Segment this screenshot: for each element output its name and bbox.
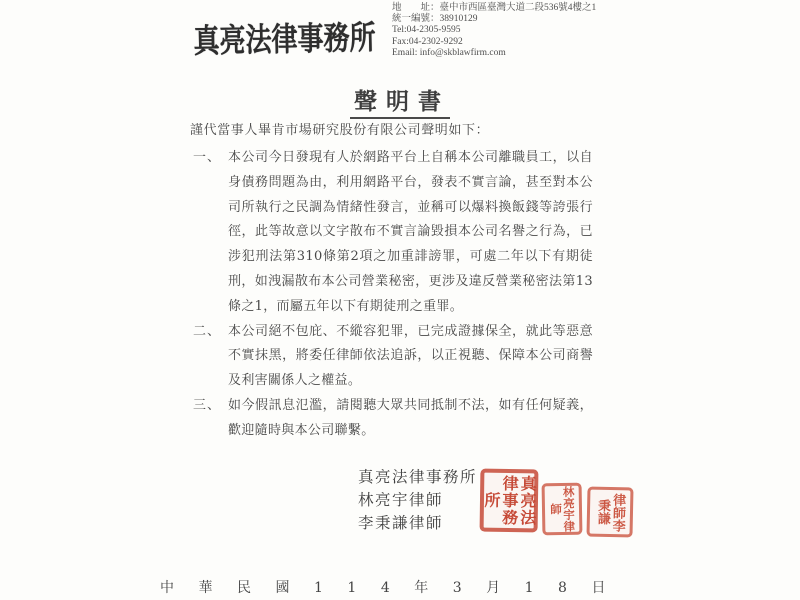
signature-firm-name: 真亮法律事務所 [358,466,477,489]
statement-items: 一、 本公司今日發現有人於網路平台上自稱本公司離職員工，以自身債務問題為由，利用… [193,146,593,444]
contact-tel: Tel:04-2305-9595 [392,25,596,36]
intro-line: 謹代當事人畢肯市場研究股份有限公司聲明如下： [190,119,489,138]
contact-email: Email: info@skblawfirm.com [392,48,596,59]
item-text: 如今假訊息氾濫，請閱聽大眾共同抵制不法，如有任何疑義，歡迎隨時與本公司聯繫。 [228,394,593,444]
item-number: 三、 [193,394,228,419]
item-number: 一、 [193,146,228,171]
item-text: 本公司今日發現有人於網路平台上自稱本公司離職員工，以自身債務問題為由，利用網路平… [228,146,593,320]
lawyer-lee-seal-text: 律師李秉謙 [595,490,626,535]
firm-seal-text: 真亮法律事務所 [482,473,537,529]
title-wrap: 聲明書 [0,83,800,119]
contact-uniform-number: 統一編號：38910129 [392,14,596,25]
signature-block: 真亮法律事務所 林亮宇律師 李秉謙律師 [358,466,477,535]
document-title: 聲明書 [350,83,450,119]
lawyer-lin-seal-stamp: 林亮宇律師 [542,483,583,536]
contact-block: 地 址：臺中市西區臺灣大道二段536號4樓之1 統一編號：38910129 Te… [392,3,596,59]
firm-logo: 真亮法律事務所 [193,12,376,62]
lawyer-lee-seal-stamp: 律師李秉謙 [586,487,633,538]
contact-address: 地 址：臺中市西區臺灣大道二段536號4樓之1 [392,3,596,14]
date-line: 中華民國114年3月18日 [160,577,630,597]
statement-item: 三、 如今假訊息氾濫，請閱聽大眾共同抵制不法，如有任何疑義，歡迎隨時與本公司聯繫… [193,394,593,444]
item-number: 二、 [193,320,228,345]
signature-lawyer-2: 李秉謙律師 [358,512,477,535]
lawyer-lin-seal-text: 林亮宇律師 [549,486,576,532]
statement-item: 二、 本公司絕不包庇、不縱容犯罪，已完成證據保全，就此等惡意不實抹黑，將委任律師… [193,320,593,394]
contact-fax: Fax:04-2302-9292 [392,37,596,48]
item-text: 本公司絕不包庇、不縱容犯罪，已完成證據保全，就此等惡意不實抹黑，將委任律師依法追… [228,320,593,394]
firm-seal-stamp: 真亮法律事務所 [480,469,539,533]
statement-item: 一、 本公司今日發現有人於網路平台上自稱本公司離職員工，以自身債務問題為由，利用… [193,146,593,320]
signature-lawyer-1: 林亮宇律師 [358,489,477,512]
document-page: 真亮法律事務所 地 址：臺中市西區臺灣大道二段536號4樓之1 統一編號：389… [0,0,800,600]
